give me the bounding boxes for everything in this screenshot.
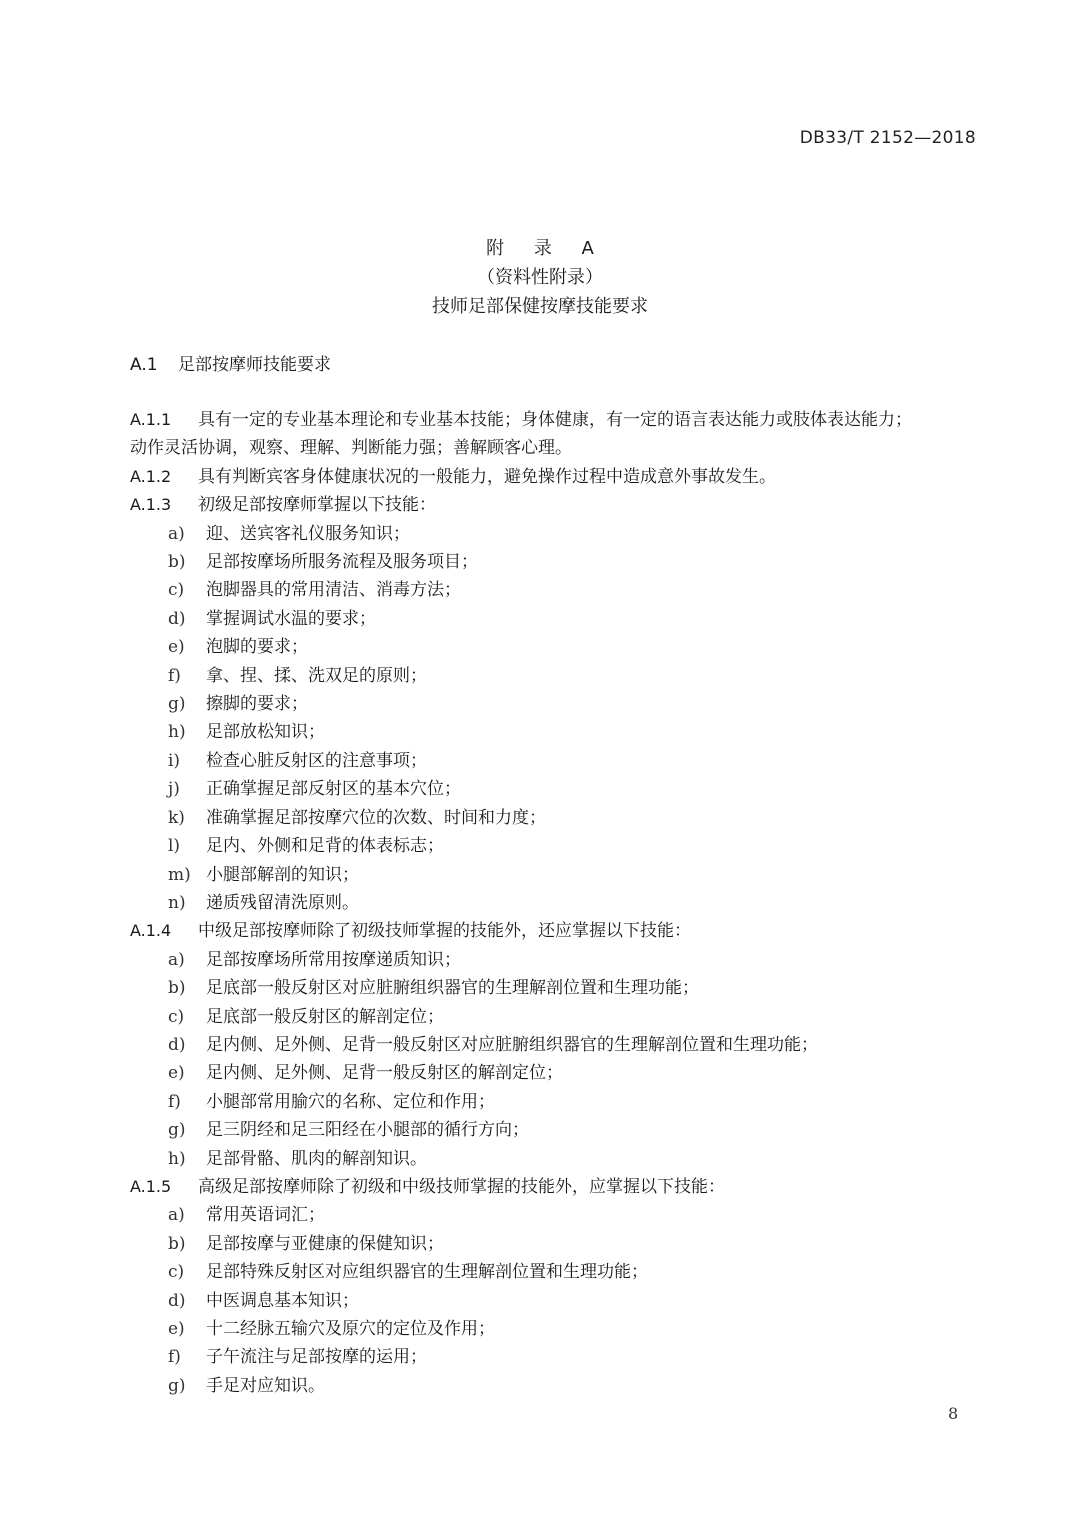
- item-letter: e): [168, 633, 206, 661]
- item-letter: g): [168, 1372, 206, 1400]
- section-heading: A.1足部按摩师技能要求: [130, 350, 331, 375]
- item-letter: e): [168, 1315, 206, 1343]
- item-letter: g): [168, 1116, 206, 1144]
- item-letter: h): [168, 718, 206, 746]
- item-letter: i): [168, 747, 206, 775]
- appendix-type: （资料性附录）: [0, 263, 1080, 292]
- item-text: 迎、送宾客礼仪服务知识；: [206, 524, 410, 544]
- clause-item-list: a)常用英语词汇；b)足部按摩与亚健康的保健知识；c)足部特殊反射区对应组织器官…: [130, 1201, 990, 1400]
- item-letter: n): [168, 889, 206, 917]
- clause: A.1.5高级足部按摩师除了初级和中级技师掌握的技能外，应掌握以下技能：: [130, 1173, 990, 1201]
- item-letter: d): [168, 1031, 206, 1059]
- item-text: 足部放松知识；: [206, 722, 325, 742]
- list-item: a)足部按摩场所常用按摩递质知识；: [130, 946, 990, 974]
- item-text: 泡脚的要求；: [206, 637, 308, 657]
- list-item: l)足内、外侧和足背的体表标志；: [130, 832, 990, 860]
- item-text: 泡脚器具的常用清洁、消毒方法；: [206, 580, 461, 600]
- item-text: 足部骨骼、肌肉的解剖知识。: [206, 1149, 427, 1169]
- item-text: 足部按摩场所服务流程及服务项目；: [206, 552, 478, 572]
- item-text: 手足对应知识。: [206, 1376, 325, 1396]
- list-item: e)泡脚的要求；: [130, 633, 990, 661]
- item-text: 正确掌握足部反射区的基本穴位；: [206, 779, 461, 799]
- list-item: i)检查心脏反射区的注意事项；: [130, 747, 990, 775]
- clause-text: 初级足部按摩师掌握以下技能：: [198, 495, 436, 515]
- list-item: d)掌握调试水温的要求；: [130, 605, 990, 633]
- list-item: e)十二经脉五输穴及原穴的定位及作用；: [130, 1315, 990, 1343]
- list-item: c)足部特殊反射区对应组织器官的生理解剖位置和生理功能；: [130, 1258, 990, 1286]
- list-item: c)泡脚器具的常用清洁、消毒方法；: [130, 576, 990, 604]
- item-text: 足内、外侧和足背的体表标志；: [206, 836, 444, 856]
- clause-number: A.1.2: [130, 463, 198, 491]
- item-letter: f): [168, 662, 206, 690]
- item-letter: a): [168, 946, 206, 974]
- clause-item-list: a)足部按摩场所常用按摩递质知识；b)足底部一般反射区对应脏腑组织器官的生理解剖…: [130, 946, 990, 1173]
- clause: A.1.4中级足部按摩师除了初级技师掌握的技能外，还应掌握以下技能：: [130, 917, 990, 945]
- list-item: e)足内侧、足外侧、足背一般反射区的解剖定位；: [130, 1059, 990, 1087]
- clause-continuation: 动作灵活协调，观察、理解、判断能力强；善解顾客心理。: [130, 434, 990, 462]
- item-text: 足部特殊反射区对应组织器官的生理解剖位置和生理功能；: [206, 1262, 648, 1282]
- item-text: 擦脚的要求；: [206, 694, 308, 714]
- item-letter: f): [168, 1343, 206, 1371]
- list-item: f)拿、捏、揉、洗双足的原则；: [130, 662, 990, 690]
- item-letter: c): [168, 1258, 206, 1286]
- list-item: n)递质残留清洗原则。: [130, 889, 990, 917]
- item-text: 常用英语词汇；: [206, 1205, 325, 1225]
- item-letter: k): [168, 804, 206, 832]
- clause-text: 中级足部按摩师除了初级技师掌握的技能外，还应掌握以下技能：: [198, 921, 691, 941]
- clause-number: A.1.1: [130, 406, 198, 434]
- item-letter: b): [168, 974, 206, 1002]
- list-item: j)正确掌握足部反射区的基本穴位；: [130, 775, 990, 803]
- item-text: 足内侧、足外侧、足背一般反射区的解剖定位；: [206, 1063, 563, 1083]
- list-item: f)小腿部常用腧穴的名称、定位和作用；: [130, 1088, 990, 1116]
- list-item: a)常用英语词汇；: [130, 1201, 990, 1229]
- item-letter: d): [168, 1287, 206, 1315]
- list-item: g)足三阴经和足三阳经在小腿部的循行方向；: [130, 1116, 990, 1144]
- item-text: 掌握调试水温的要求；: [206, 609, 376, 629]
- item-text: 子午流注与足部按摩的运用；: [206, 1347, 427, 1367]
- item-text: 足内侧、足外侧、足背一般反射区对应脏腑组织器官的生理解剖位置和生理功能；: [206, 1035, 818, 1055]
- list-item: m)小腿部解剖的知识；: [130, 861, 990, 889]
- list-item: b)足部按摩与亚健康的保健知识；: [130, 1230, 990, 1258]
- item-letter: b): [168, 548, 206, 576]
- item-letter: d): [168, 605, 206, 633]
- item-text: 小腿部解剖的知识；: [206, 865, 359, 885]
- item-text: 足底部一般反射区对应脏腑组织器官的生理解剖位置和生理功能；: [206, 978, 699, 998]
- clause-number: A.1.4: [130, 917, 198, 945]
- item-text: 准确掌握足部按摩穴位的次数、时间和力度；: [206, 808, 546, 828]
- list-item: f)子午流注与足部按摩的运用；: [130, 1343, 990, 1371]
- list-item: g)擦脚的要求；: [130, 690, 990, 718]
- appendix-title: 技师足部保健按摩技能要求: [0, 292, 1080, 321]
- item-letter: g): [168, 690, 206, 718]
- list-item: k)准确掌握足部按摩穴位的次数、时间和力度；: [130, 804, 990, 832]
- section-title: 足部按摩师技能要求: [178, 355, 331, 375]
- item-letter: c): [168, 1003, 206, 1031]
- list-item: h)足部放松知识；: [130, 718, 990, 746]
- item-text: 足三阴经和足三阳经在小腿部的循行方向；: [206, 1120, 529, 1140]
- list-item: d)中医调息基本知识；: [130, 1287, 990, 1315]
- page-number: 8: [948, 1404, 958, 1423]
- clause-text: 具有一定的专业基本理论和专业基本技能；身体健康，有一定的语言表达能力或肢体表达能…: [198, 410, 912, 430]
- item-letter: a): [168, 520, 206, 548]
- document-body: A.1.1具有一定的专业基本理论和专业基本技能；身体健康，有一定的语言表达能力或…: [130, 406, 990, 1400]
- item-text: 拿、捏、揉、洗双足的原则；: [206, 666, 427, 686]
- list-item: a)迎、送宾客礼仪服务知识；: [130, 520, 990, 548]
- section-number: A.1: [130, 355, 178, 375]
- list-item: b)足底部一般反射区对应脏腑组织器官的生理解剖位置和生理功能；: [130, 974, 990, 1002]
- list-item: c)足底部一般反射区的解剖定位；: [130, 1003, 990, 1031]
- clause-text: 具有判断宾客身体健康状况的一般能力，避免操作过程中造成意外事故发生。: [198, 467, 776, 487]
- list-item: h)足部骨骼、肌肉的解剖知识。: [130, 1145, 990, 1173]
- clause: A.1.1具有一定的专业基本理论和专业基本技能；身体健康，有一定的语言表达能力或…: [130, 406, 990, 434]
- clause-text: 高级足部按摩师除了初级和中级技师掌握的技能外，应掌握以下技能：: [198, 1177, 725, 1197]
- clause-item-list: a)迎、送宾客礼仪服务知识；b)足部按摩场所服务流程及服务项目；c)泡脚器具的常…: [130, 520, 990, 918]
- item-text: 足底部一般反射区的解剖定位；: [206, 1007, 444, 1027]
- item-letter: b): [168, 1230, 206, 1258]
- list-item: g)手足对应知识。: [130, 1372, 990, 1400]
- item-text: 足部按摩与亚健康的保健知识；: [206, 1234, 444, 1254]
- item-letter: m): [168, 861, 206, 889]
- item-text: 十二经脉五输穴及原穴的定位及作用；: [206, 1319, 495, 1339]
- item-text: 递质残留清洗原则。: [206, 893, 359, 913]
- item-text: 足部按摩场所常用按摩递质知识；: [206, 950, 461, 970]
- item-letter: a): [168, 1201, 206, 1229]
- appendix-label: 附 录 A: [0, 234, 1080, 263]
- item-letter: j): [168, 775, 206, 803]
- item-text: 检查心脏反射区的注意事项；: [206, 751, 427, 771]
- appendix-title-block: 附 录 A （资料性附录） 技师足部保健按摩技能要求: [0, 234, 1080, 321]
- item-text: 小腿部常用腧穴的名称、定位和作用；: [206, 1092, 495, 1112]
- list-item: b)足部按摩场所服务流程及服务项目；: [130, 548, 990, 576]
- clause-number: A.1.3: [130, 491, 198, 519]
- item-letter: e): [168, 1059, 206, 1087]
- clause: A.1.3初级足部按摩师掌握以下技能：: [130, 491, 990, 519]
- list-item: d)足内侧、足外侧、足背一般反射区对应脏腑组织器官的生理解剖位置和生理功能；: [130, 1031, 990, 1059]
- item-letter: c): [168, 576, 206, 604]
- clause-number: A.1.5: [130, 1173, 198, 1201]
- item-letter: h): [168, 1145, 206, 1173]
- item-text: 中医调息基本知识；: [206, 1291, 359, 1311]
- standard-code: DB33/T 2152—2018: [800, 128, 976, 148]
- clause: A.1.2具有判断宾客身体健康状况的一般能力，避免操作过程中造成意外事故发生。: [130, 463, 990, 491]
- item-letter: f): [168, 1088, 206, 1116]
- item-letter: l): [168, 832, 206, 860]
